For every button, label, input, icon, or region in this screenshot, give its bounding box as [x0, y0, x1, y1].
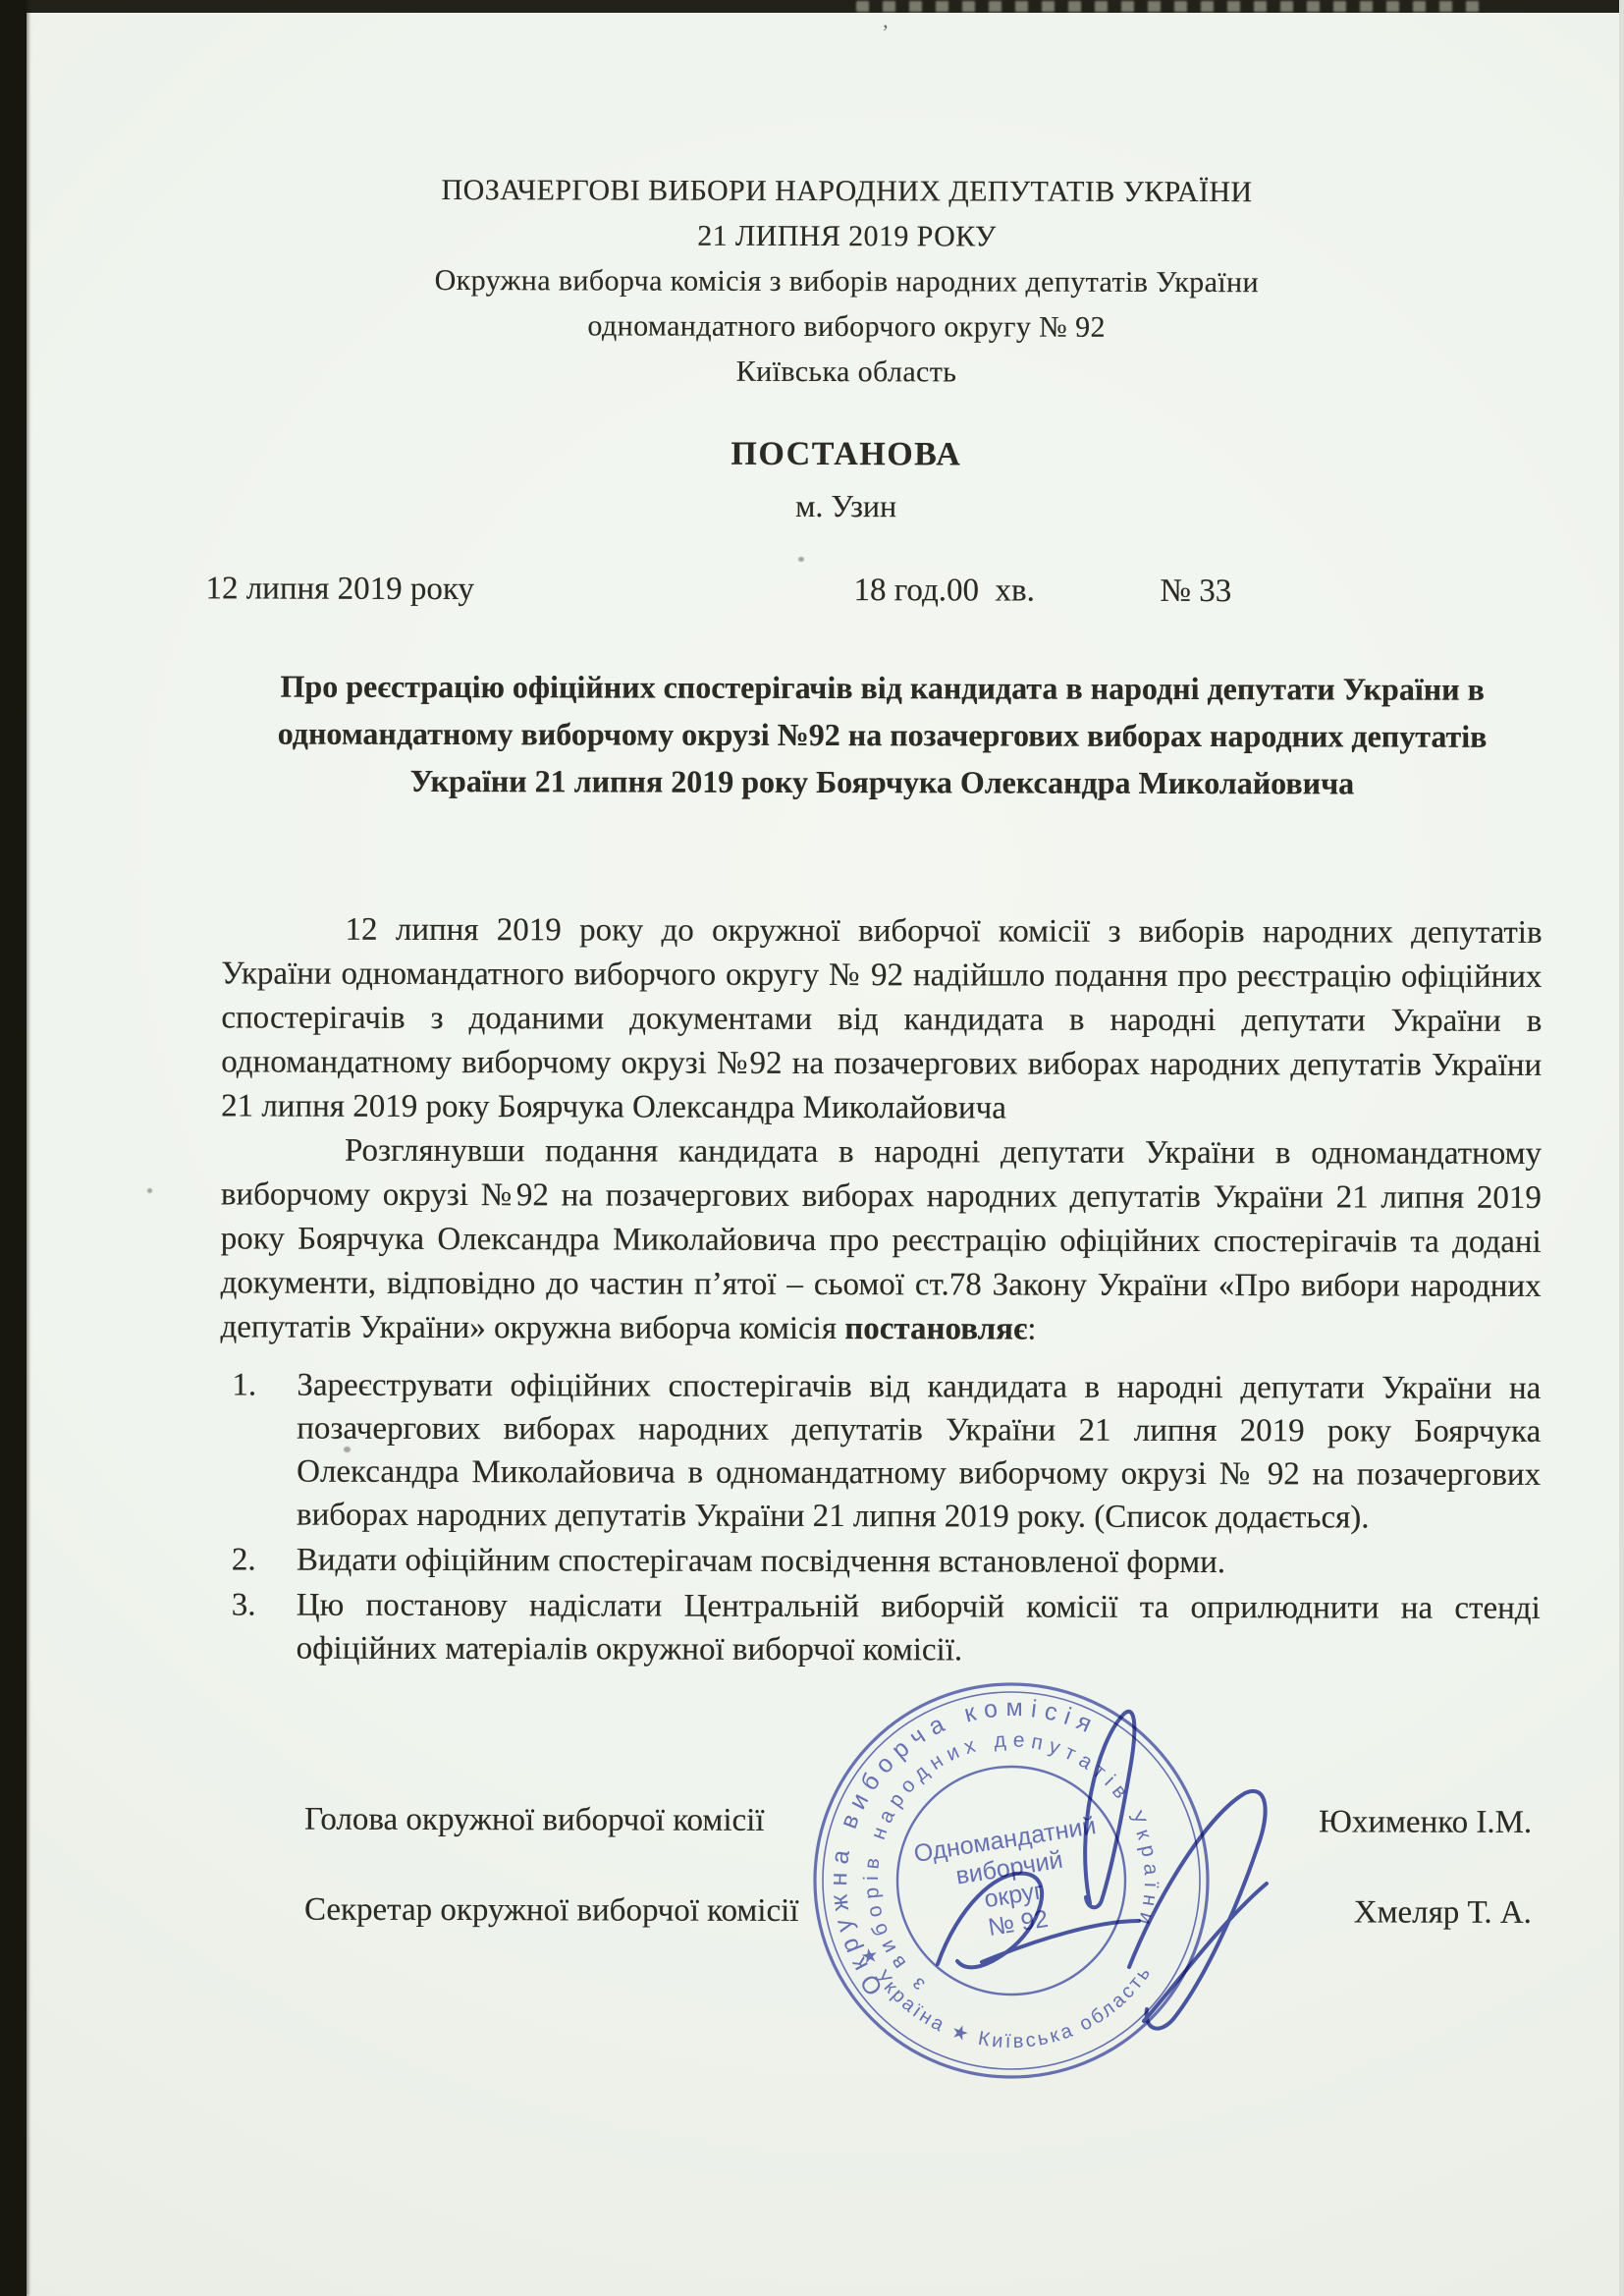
signature-name: Хмеляр Т. А. — [1354, 1894, 1532, 1931]
document-number: № 33 — [1160, 574, 1231, 610]
secretary-signature-dash — [982, 1921, 1139, 1962]
document-header: ПОЗАЧЕРГОВІ ВИБОРИ НАРОДНИХ ДЕПУТАТІВ УК… — [213, 167, 1481, 396]
body-paragraphs: 12 липня 2019 року до окружної виборчої … — [220, 907, 1542, 1353]
resolves-emphasis: постановляє — [844, 1311, 1027, 1346]
resolution-item-2: Видати офіційним спостерігачам посвідчен… — [220, 1538, 1541, 1585]
date-row: 12 липня 2019 року 18 год.00 хв. № 33 — [1, 571, 1624, 619]
scan-left-edge — [0, 0, 27, 2296]
signature-title: Секретар окружної виборчої комісії — [304, 1892, 799, 1930]
secretary-signature-cross — [1144, 1884, 1267, 2021]
header-line-elections: ПОЗАЧЕРГОВІ ВИБОРИ НАРОДНИХ ДЕПУТАТІВ УК… — [213, 167, 1480, 215]
paragraph-tail-text: : — [1027, 1312, 1036, 1347]
resolution-item-3: Цю постанову надіслати Центральній вибор… — [220, 1583, 1541, 1673]
resolution-item-1: Зареєструвати офіційних спостерігачів ві… — [220, 1363, 1541, 1540]
subject-title: Про реєстрацію офіційних спостерігачів в… — [222, 662, 1543, 807]
scanned-document-page: ПОЗАЧЕРГОВІ ВИБОРИ НАРОДНИХ ДЕПУТАТІВ УК… — [0, 0, 1624, 2296]
header-line-date: 21 ЛИПНЯ 2019 РОКУ — [213, 212, 1480, 260]
secretary-signature-flourish — [1129, 1791, 1266, 2029]
scan-speck — [344, 1447, 351, 1452]
scan-speck — [147, 1188, 152, 1193]
handwritten-signatures — [879, 1665, 1291, 2057]
header-line-region: Київська область — [213, 348, 1480, 396]
header-line-commission: Окружна виборча комісія з виборів народн… — [213, 257, 1480, 305]
secretary-signature-loop — [938, 1874, 1042, 1968]
scan-top-edge — [0, 0, 1624, 13]
document-date: 12 липня 2019 року — [205, 571, 474, 608]
document-place: м. Узин — [213, 486, 1480, 525]
header-line-district: одномандатного виборчого округу № 92 — [213, 302, 1480, 351]
scan-speck — [798, 557, 804, 562]
head-signature-stroke — [1085, 1712, 1134, 1907]
paragraph-resolution-lead: Розглянувши подання кандидата в народні … — [220, 1128, 1542, 1353]
paragraph-submission: 12 липня 2019 року до окружної виборчої … — [221, 907, 1543, 1132]
scan-bleedthrough-text — [856, 1, 1492, 12]
document-type-title: ПОСТАНОВА — [213, 434, 1480, 474]
scan-speck-mark: ’ — [882, 20, 889, 45]
signature-name: Юхименко І.М. — [1319, 1804, 1532, 1841]
document-time: 18 год.00 хв. — [853, 573, 1034, 609]
signature-title: Голова окружної виборчої комісії — [304, 1802, 764, 1839]
scan-right-edge — [1619, 0, 1624, 2296]
resolutions-list: Зареєструвати офіційних спостерігачів ві… — [220, 1363, 1542, 1675]
